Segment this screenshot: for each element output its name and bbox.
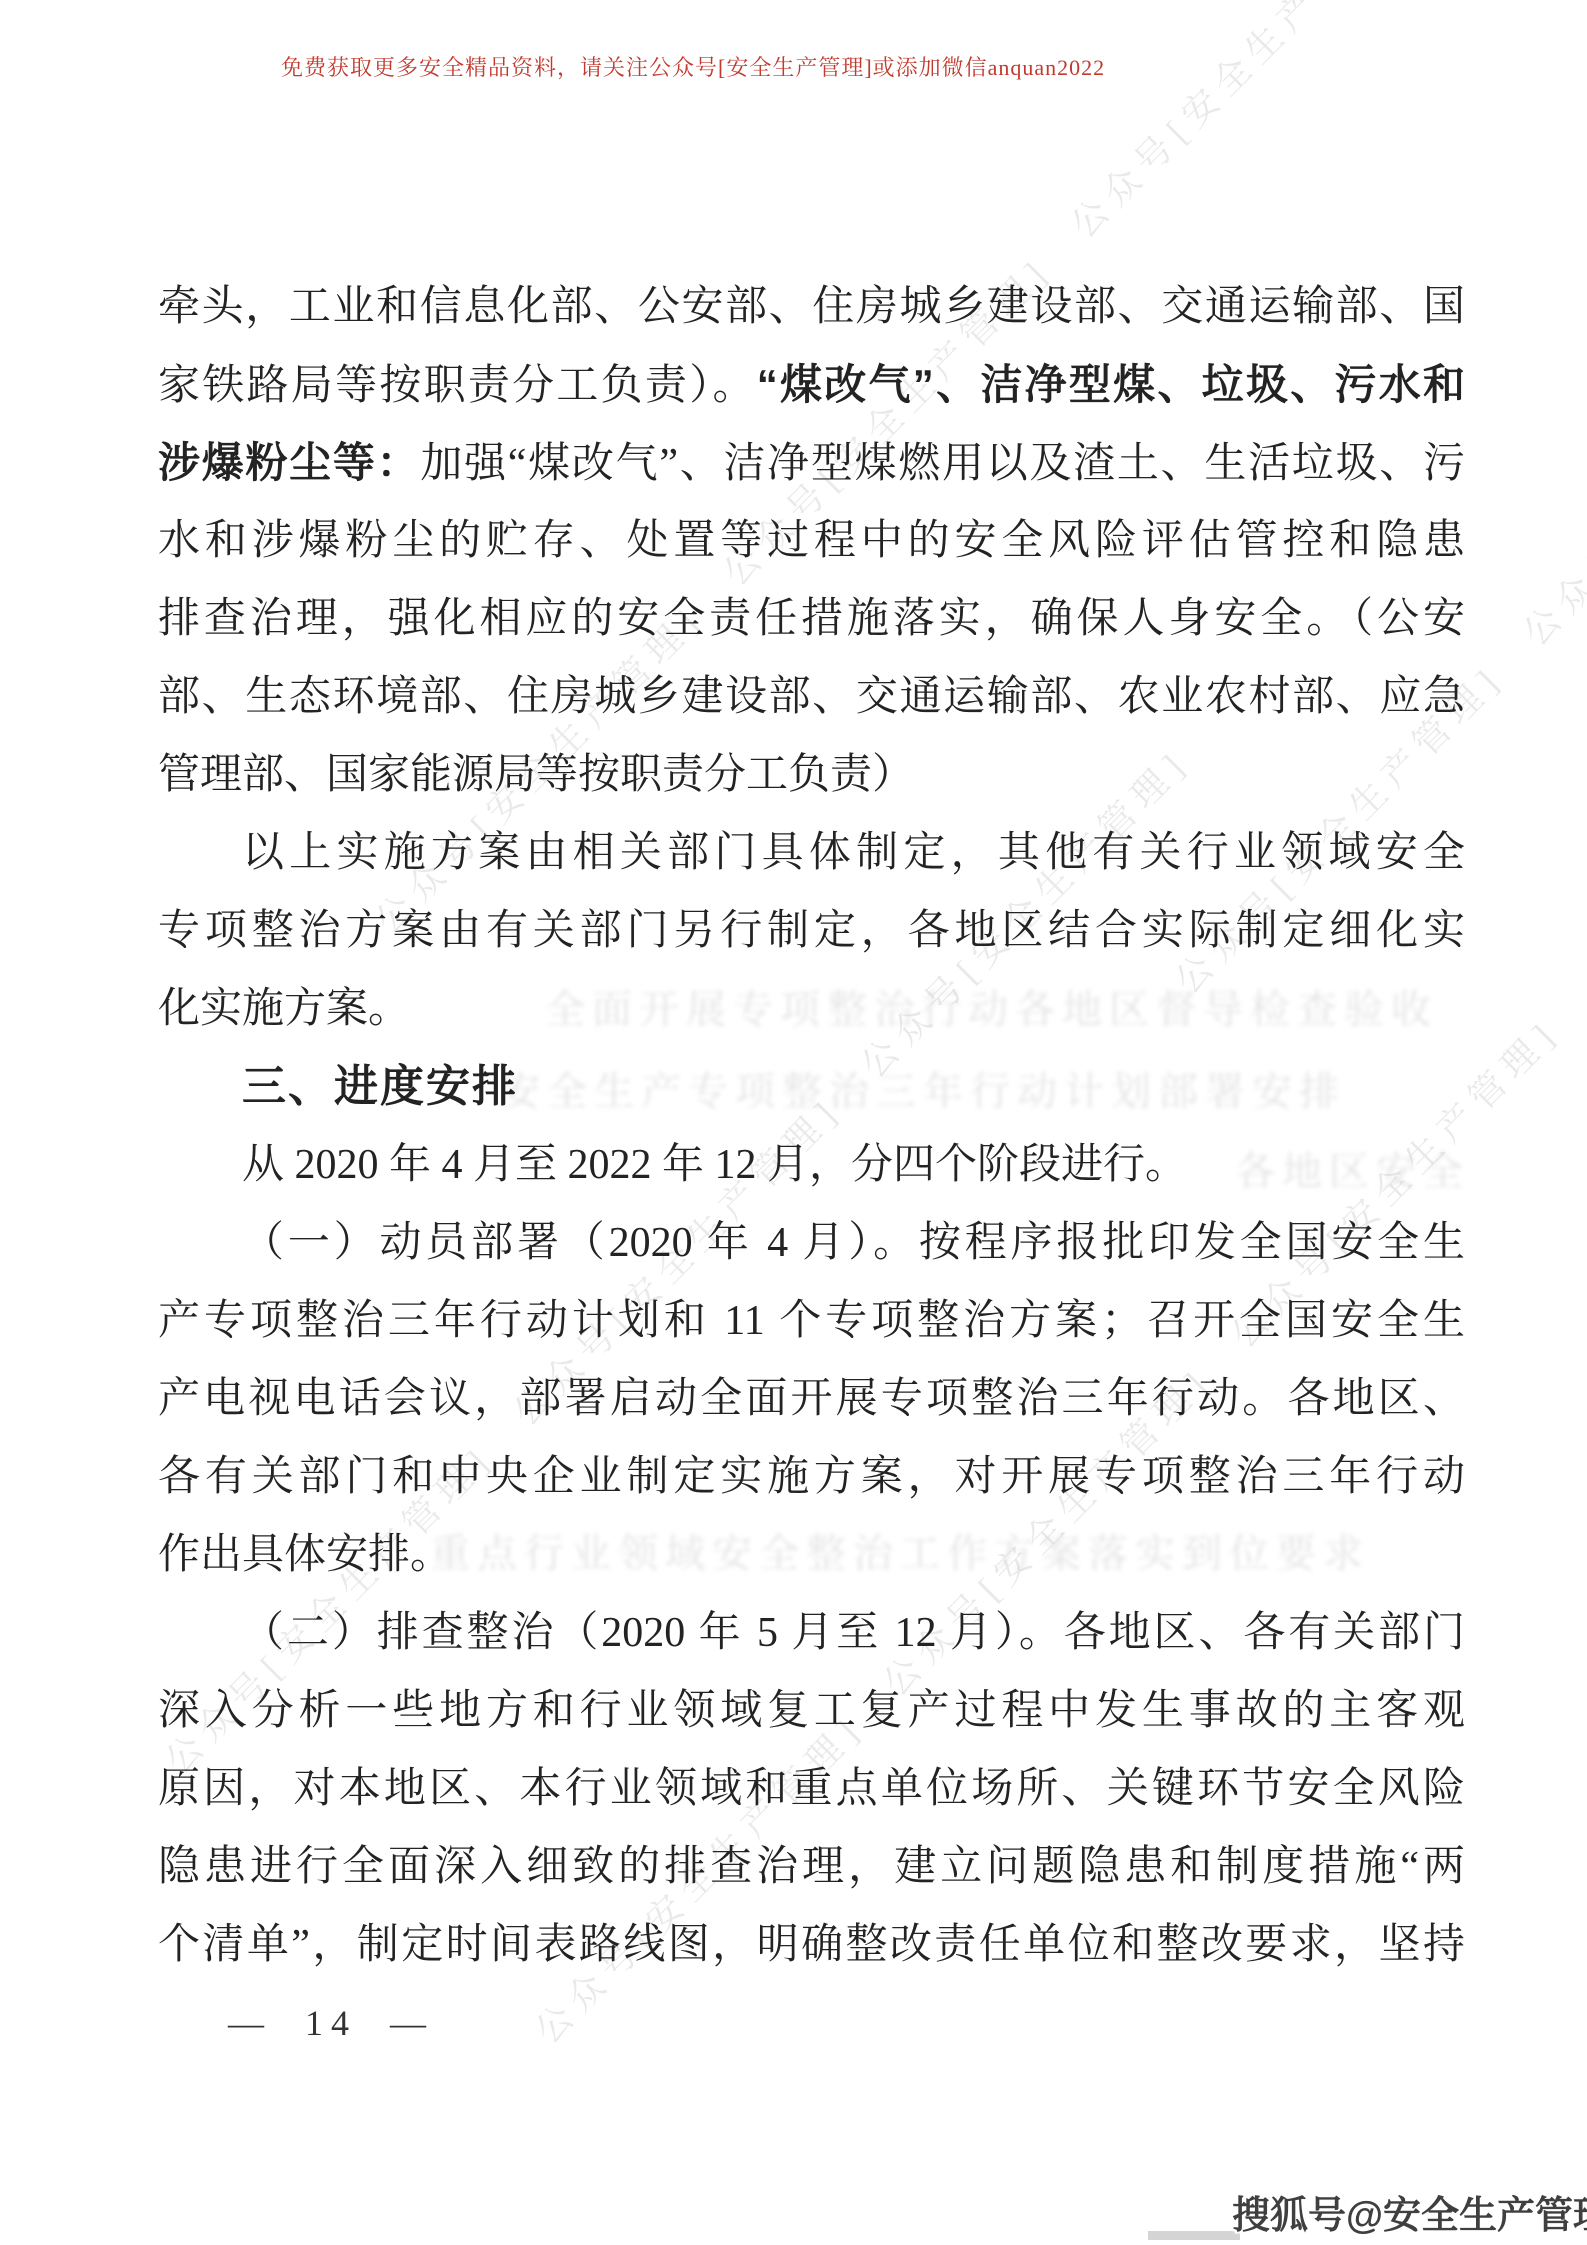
document-page: 免费获取更多安全精品资料，请关注公众号[安全生产管理]或添加微信anquan20… bbox=[0, 0, 1587, 2245]
document-line: 个清单”，制定时间表路线图，明确整改责任单位和整改要求，坚持 bbox=[158, 1906, 1465, 1984]
body-text-segment: （二）排查整治（2020 年 5 月至 12 月）。各地区、各有关部门 bbox=[242, 1610, 1465, 1656]
body-text-segment: 部、生态环境部、住房城乡建设部、交通运输部、农业农村部、应急 bbox=[158, 674, 1465, 720]
body-text-segment: 深入分析一些地方和行业领域复工复产过程中发生事故的主客观 bbox=[158, 1688, 1465, 1734]
document-line: 作出具体安排。 bbox=[158, 1516, 1465, 1594]
page-number: — 14 — bbox=[228, 2002, 434, 2044]
document-line: 各有关部门和中央企业制定实施方案，对开展专项整治三年行动 bbox=[158, 1438, 1465, 1516]
body-text-segment: 专项整治方案由有关部门另行制定，各地区结合实际制定细化实 bbox=[158, 908, 1465, 954]
body-text-segment: （一）动员部署（2020 年 4 月）。按程序报批印发全国安全生 bbox=[242, 1220, 1465, 1266]
document-line: 深入分析一些地方和行业领域复工复产过程中发生事故的主客观 bbox=[158, 1672, 1465, 1750]
document-body: 牵头，工业和信息化部、公安部、住房城乡建设部、交通运输部、国家铁路局等按职责分工… bbox=[158, 268, 1465, 1984]
document-line: 家铁路局等按职责分工负责）。“煤改气”、洁净型煤、垃圾、污水和 bbox=[158, 346, 1465, 424]
document-line: 专项整治方案由有关部门另行制定，各地区结合实际制定细化实 bbox=[158, 892, 1465, 970]
document-line: 从 2020 年 4 月至 2022 年 12 月，分四个阶段进行。 bbox=[158, 1126, 1465, 1204]
section-heading: 三、进度安排 bbox=[158, 1048, 1465, 1126]
body-text-segment: 原因，对本地区、本行业领域和重点单位场所、关键环节安全风险 bbox=[158, 1766, 1465, 1812]
body-text-segment: 水和涉爆粉尘的贮存、处置等过程中的安全风险评估管控和隐患 bbox=[158, 518, 1465, 564]
bold-text-segment: 三、进度安排 bbox=[242, 1062, 518, 1111]
body-text-segment: 化实施方案。 bbox=[158, 986, 410, 1032]
document-line: 原因，对本地区、本行业领域和重点单位场所、关键环节安全风险 bbox=[158, 1750, 1465, 1828]
document-line: 化实施方案。 bbox=[158, 970, 1465, 1048]
document-line: （一）动员部署（2020 年 4 月）。按程序报批印发全国安全生 bbox=[158, 1204, 1465, 1282]
body-text-segment: 产电视电话会议，部署启动全面开展专项整治三年行动。各地区、 bbox=[158, 1376, 1465, 1422]
sohu-watermark: 搜狐号@安全生产管理 bbox=[1232, 2184, 1587, 2239]
document-line: 隐患进行全面深入细致的排查治理，建立问题隐患和制度措施“两 bbox=[158, 1828, 1465, 1906]
body-text-segment: 排查治理，强化相应的安全责任措施落实，确保人身安全。（公安 bbox=[158, 596, 1465, 642]
body-text-segment: 牵头，工业和信息化部、公安部、住房城乡建设部、交通运输部、国 bbox=[158, 284, 1465, 330]
bold-text-segment: 涉爆粉尘等： bbox=[158, 439, 420, 486]
document-line: 以上实施方案由相关部门具体制定，其他有关行业领域安全 bbox=[158, 814, 1465, 892]
body-text-segment: 以上实施方案由相关部门具体制定，其他有关行业领域安全 bbox=[242, 830, 1465, 876]
body-text-segment: 隐患进行全面深入细致的排查治理，建立问题隐患和制度措施“两 bbox=[158, 1844, 1465, 1890]
document-line: 水和涉爆粉尘的贮存、处置等过程中的安全风险评估管控和隐患 bbox=[158, 502, 1465, 580]
document-line: 排查治理，强化相应的安全责任措施落实，确保人身安全。（公安 bbox=[158, 580, 1465, 658]
document-line: 部、生态环境部、住房城乡建设部、交通运输部、农业农村部、应急 bbox=[158, 658, 1465, 736]
document-line: 管理部、国家能源局等按职责分工负责） bbox=[158, 736, 1465, 814]
body-text-segment: 作出具体安排。 bbox=[158, 1532, 452, 1578]
body-text-segment: 个清单”，制定时间表路线图，明确整改责任单位和整改要求，坚持 bbox=[158, 1922, 1465, 1968]
body-text-segment: 产专项整治三年行动计划和 11 个专项整治方案；召开全国安全生 bbox=[158, 1298, 1465, 1344]
body-text-segment: 加强“煤改气”、洁净型煤燃用以及渣土、生活垃圾、污 bbox=[420, 441, 1465, 487]
body-text-segment: 各有关部门和中央企业制定实施方案，对开展专项整治三年行动 bbox=[158, 1454, 1465, 1500]
document-line: 产专项整治三年行动计划和 11 个专项整治方案；召开全国安全生 bbox=[158, 1282, 1465, 1360]
document-line: 牵头，工业和信息化部、公安部、住房城乡建设部、交通运输部、国 bbox=[158, 268, 1465, 346]
bold-text-segment: “煤改气”、洁净型煤、垃圾、污水和 bbox=[757, 361, 1465, 408]
body-text-segment: 从 2020 年 4 月至 2022 年 12 月，分四个阶段进行。 bbox=[242, 1142, 1187, 1188]
document-line: （二）排查整治（2020 年 5 月至 12 月）。各地区、各有关部门 bbox=[158, 1594, 1465, 1672]
body-text-segment: 管理部、国家能源局等按职责分工负责） bbox=[158, 752, 914, 798]
document-line: 产电视电话会议，部署启动全面开展专项整治三年行动。各地区、 bbox=[158, 1360, 1465, 1438]
body-text-segment: 家铁路局等按职责分工负责）。 bbox=[158, 363, 757, 409]
document-line: 涉爆粉尘等：加强“煤改气”、洁净型煤燃用以及渣土、生活垃圾、污 bbox=[158, 424, 1465, 502]
